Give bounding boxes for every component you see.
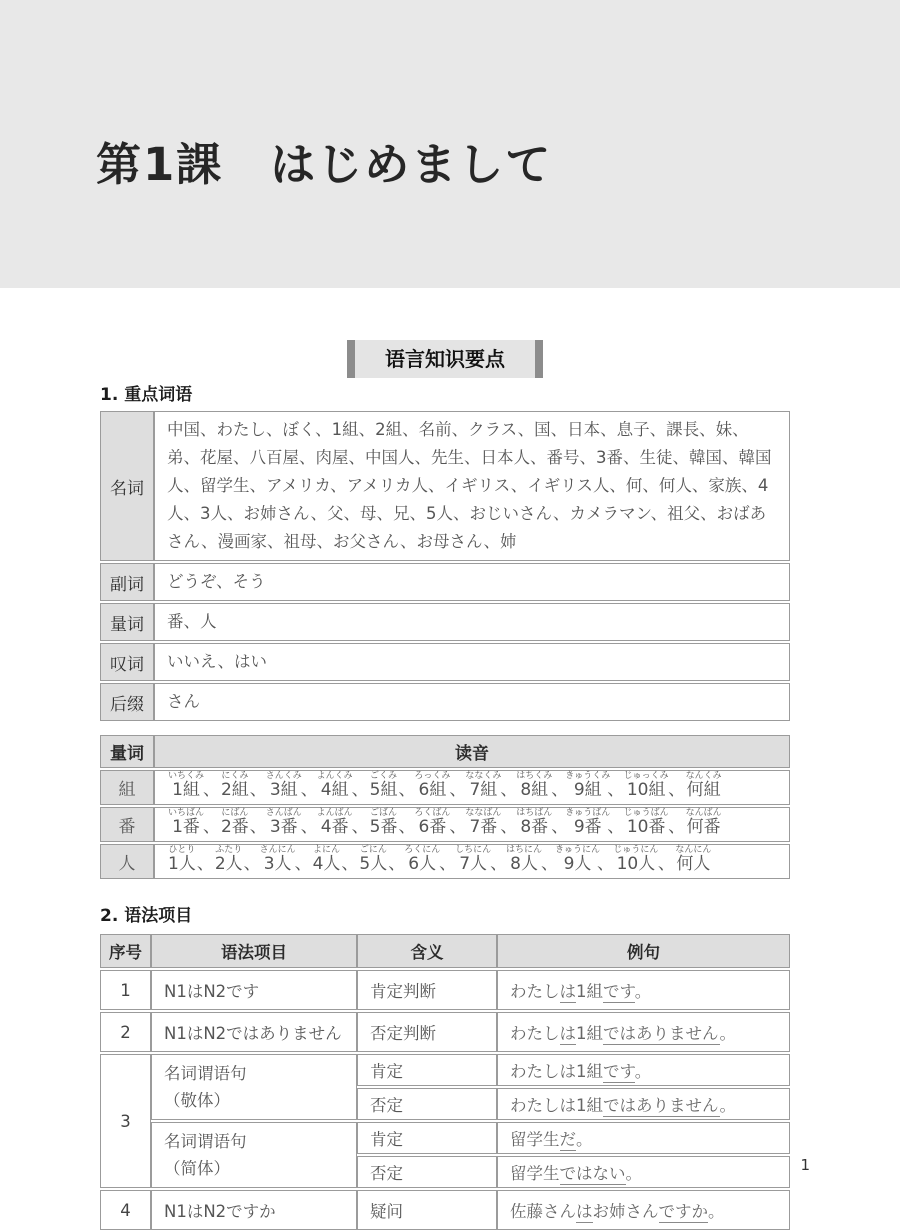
- table-row: 名词 中国、わたし、ぼく、1組、2組、名前、クラス、国、日本、息子、課長、妹、弟…: [100, 411, 790, 561]
- words-section-heading: 1. 重点词语: [100, 380, 790, 405]
- grammar-row-example: 留学生だ。: [497, 1122, 790, 1154]
- table-row: 人 1人ひとり、2人ふたり、3人さんにん、4人よにん、5人ごにん、6人ろくにん、…: [100, 844, 790, 879]
- grammar-row-meaning: 疑问: [357, 1190, 497, 1230]
- table-row: 組 1組いちくみ、2組にくみ、3組さんくみ、4組よんくみ、5組ごくみ、6組ろっく…: [100, 770, 790, 805]
- grammar-row-item: N1はN2です: [151, 970, 357, 1010]
- word-table: 名词 中国、わたし、ぼく、1組、2組、名前、クラス、国、日本、息子、課長、妹、弟…: [100, 409, 790, 723]
- table-header-row: 量词 读音: [100, 735, 790, 768]
- reading-header-reading: 读音: [154, 735, 790, 768]
- grammar-header-no: 序号: [100, 934, 151, 968]
- grammar-row-meaning: 肯定: [357, 1054, 497, 1086]
- table-header-row: 序号 语法项目 含义 例句: [100, 934, 790, 968]
- reading-row-label: 人: [100, 844, 154, 879]
- grammar-row-no: 1: [100, 970, 151, 1010]
- reading-row-label: 番: [100, 807, 154, 842]
- textbook-page: 第1課 はじめまして 语言知识要点 1. 重点词语 名词 中国、わたし、ぼく、1…: [0, 0, 900, 1230]
- table-row: 1 N1はN2です 肯定判断 わたしは1組です。: [100, 970, 790, 1010]
- word-row-content: 中国、わたし、ぼく、1組、2組、名前、クラス、国、日本、息子、課長、妹、弟、花屋…: [154, 411, 790, 561]
- table-row: 叹词 いいえ、はい: [100, 643, 790, 681]
- word-row-content: さん: [154, 683, 790, 721]
- grammar-row-meaning: 肯定: [357, 1122, 497, 1154]
- grammar-row-example: 佐藤さんはお姉さんですか。: [497, 1190, 790, 1230]
- table-row: 量词 番、人: [100, 603, 790, 641]
- grammar-table: 序号 语法项目 含义 例句 1 N1はN2です 肯定判断 わたしは1組です。 2…: [100, 932, 790, 1230]
- grammar-row-meaning: 肯定判断: [357, 970, 497, 1010]
- grammar-row-no: 3: [100, 1054, 151, 1188]
- grammar-row-example: わたしは1組です。: [497, 970, 790, 1010]
- table-row: 4 N1はN2ですか 疑问 佐藤さんはお姉さんですか。: [100, 1190, 790, 1230]
- grammar-section-heading: 2. 语法项目: [100, 901, 790, 926]
- page-content: 语言知识要点 1. 重点词语 名词 中国、わたし、ぼく、1組、2組、名前、クラス…: [100, 340, 790, 1230]
- reading-row-content: 1番いちばん、2番にばん、3番さんばん、4番よんばん、5番ごばん、6番ろくばん、…: [154, 807, 790, 842]
- word-row-label: 量词: [100, 603, 154, 641]
- grammar-header-example: 例句: [497, 934, 790, 968]
- grammar-row-meaning: 否定: [357, 1088, 497, 1120]
- word-row-content: どうぞ、そう: [154, 563, 790, 601]
- word-row-content: いいえ、はい: [154, 643, 790, 681]
- grammar-header-meaning: 含义: [357, 934, 497, 968]
- word-row-content: 番、人: [154, 603, 790, 641]
- grammar-row-item: 名词谓语句 （简体）: [151, 1122, 357, 1188]
- grammar-row-example: わたしは1組ではありません。: [497, 1012, 790, 1052]
- badge-right-bar-icon: [535, 340, 543, 378]
- section-badge: 语言知识要点: [347, 340, 543, 378]
- word-row-label: 叹词: [100, 643, 154, 681]
- word-row-label: 后缀: [100, 683, 154, 721]
- table-row: 2 N1はN2ではありません 否定判断 わたしは1組ではありません。: [100, 1012, 790, 1052]
- grammar-row-meaning: 否定判断: [357, 1012, 497, 1052]
- grammar-header-item: 语法项目: [151, 934, 357, 968]
- lesson-title: 第1課 はじめまして: [0, 0, 900, 193]
- grammar-row-item: 名词谓语句 （敬体）: [151, 1054, 357, 1120]
- page-number: 1: [800, 1156, 810, 1174]
- table-row: 名词谓语句 （简体） 肯定 留学生だ。: [100, 1122, 790, 1154]
- grammar-row-item: N1はN2ですか: [151, 1190, 357, 1230]
- grammar-row-example: わたしは1組ではありません。: [497, 1088, 790, 1120]
- lesson-header-band: 第1課 はじめまして: [0, 0, 900, 288]
- grammar-row-no: 2: [100, 1012, 151, 1052]
- word-row-label: 副词: [100, 563, 154, 601]
- badge-label: 语言知识要点: [355, 340, 535, 378]
- grammar-row-example: わたしは1組です。: [497, 1054, 790, 1086]
- grammar-row-no: 4: [100, 1190, 151, 1230]
- reading-row-label: 組: [100, 770, 154, 805]
- reading-row-content: 1人ひとり、2人ふたり、3人さんにん、4人よにん、5人ごにん、6人ろくにん、7人…: [154, 844, 790, 879]
- table-row: 番 1番いちばん、2番にばん、3番さんばん、4番よんばん、5番ごばん、6番ろくば…: [100, 807, 790, 842]
- word-row-label: 名词: [100, 411, 154, 561]
- reading-header-quantifier: 量词: [100, 735, 154, 768]
- grammar-row-item: N1はN2ではありません: [151, 1012, 357, 1052]
- table-row: 后缀 さん: [100, 683, 790, 721]
- reading-table: 量词 读音 組 1組いちくみ、2組にくみ、3組さんくみ、4組よんくみ、5組ごくみ…: [100, 733, 790, 881]
- grammar-row-meaning: 否定: [357, 1156, 497, 1188]
- badge-left-bar-icon: [347, 340, 355, 378]
- table-row: 3 名词谓语句 （敬体） 肯定 わたしは1組です。: [100, 1054, 790, 1086]
- table-row: 副词 どうぞ、そう: [100, 563, 790, 601]
- reading-row-content: 1組いちくみ、2組にくみ、3組さんくみ、4組よんくみ、5組ごくみ、6組ろっくみ、…: [154, 770, 790, 805]
- grammar-row-example: 留学生ではない。: [497, 1156, 790, 1188]
